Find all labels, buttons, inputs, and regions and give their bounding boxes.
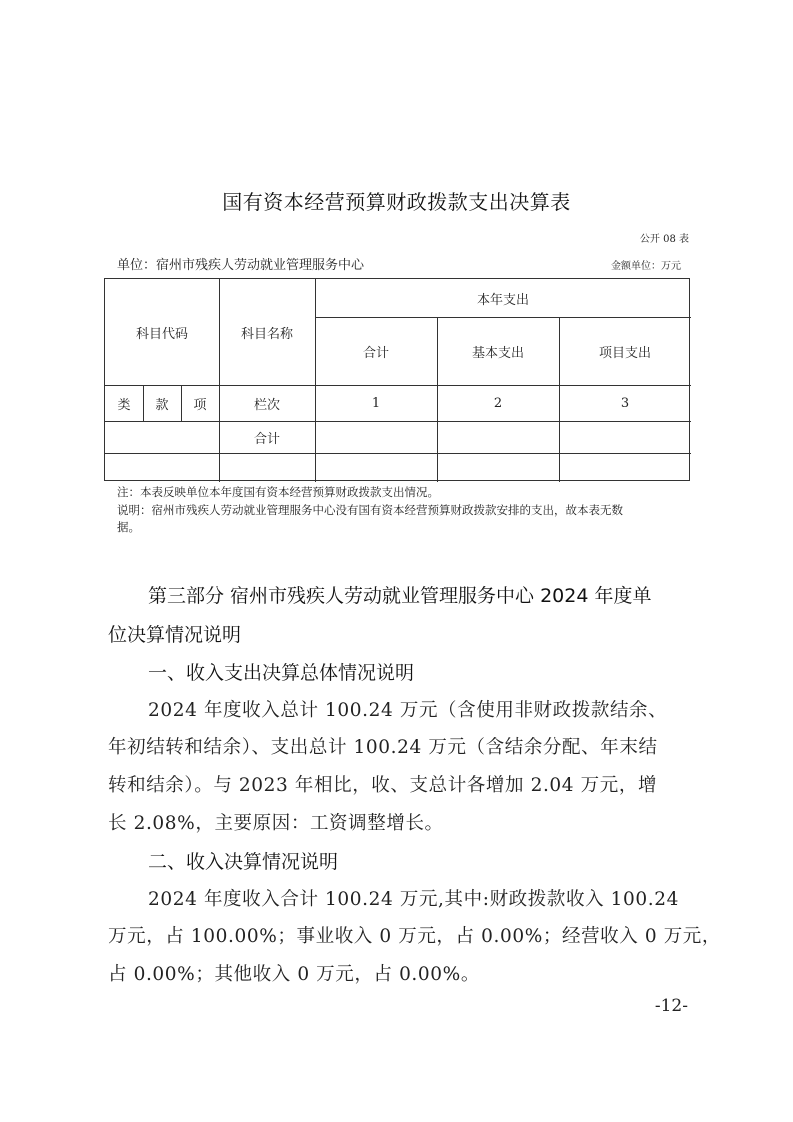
section1-heading: 一、收入支出决算总体情况说明	[148, 658, 414, 685]
header-total: 合计	[315, 317, 437, 385]
table-explanation-line1: 说明：宿州市残疾人劳动就业管理服务中心没有国有资本经营预算财政拨款安排的支出，故…	[117, 502, 623, 518]
table-row-total-sum	[315, 421, 437, 453]
expense-table: 科目代码 科目名称 本年支出 合计 基本支出 项目支出 类 款 项 栏次 1 2…	[104, 278, 690, 481]
subheader-item: 项	[181, 385, 219, 421]
table-row-total-name: 合计	[219, 421, 315, 453]
unit-label: 单位：宿州市残疾人劳动就业管理服务中心	[117, 254, 364, 273]
header-subject-code: 科目代码	[105, 279, 219, 385]
column-index-label: 栏次	[219, 385, 315, 421]
part3-heading-line2: 位决算情况说明	[108, 620, 241, 647]
header-current-year-expense: 本年支出	[315, 279, 691, 317]
part3-heading-line1: 第三部分 宿州市残疾人劳动就业管理服务中心 2024 年度单	[148, 581, 651, 608]
section2-heading: 二、收入决算情况说明	[148, 847, 338, 874]
column-number-1: 1	[315, 385, 437, 421]
header-subject-name: 科目名称	[219, 279, 315, 385]
section2-line1: 2024 年度收入合计 100.24 万元,其中:财政拨款收入 100.24	[148, 885, 679, 911]
form-code: 公开 08 表	[640, 230, 689, 245]
column-number-3: 3	[559, 385, 691, 421]
section2-line3: 占 0.00%；其他收入 0 万元，占 0.00%。	[108, 960, 480, 986]
section1-line1: 2024 年度收入总计 100.24 万元（含使用非财政拨款结余、	[148, 696, 667, 722]
table-row-empty-name	[219, 453, 315, 481]
table-row-total-code	[105, 421, 219, 453]
table-row-total-basic	[437, 421, 559, 453]
column-number-2: 2	[437, 385, 559, 421]
subheader-category: 类	[105, 385, 143, 421]
subheader-section: 款	[143, 385, 181, 421]
amount-unit: 金额单位：万元	[611, 257, 681, 272]
table-row-empty-project	[559, 453, 691, 481]
section2-line2: 万元，占 100.00%；事业收入 0 万元，占 0.00%；经营收入 0 万元…	[108, 922, 721, 948]
section1-line2: 年初结转和结余）、支出总计 100.24 万元（含结余分配、年末结	[108, 733, 658, 759]
table-row-total-project	[559, 421, 691, 453]
header-basic-expense: 基本支出	[437, 317, 559, 385]
table-row-empty-sum	[315, 453, 437, 481]
document-title: 国有资本经营预算财政拨款支出决算表	[0, 186, 793, 215]
section1-line3: 转和结余）。与 2023 年相比，收、支总计各增加 2.04 万元，增	[108, 771, 657, 797]
table-explanation-line2: 据。	[117, 519, 140, 535]
section1-line4: 长 2.08%，主要原因：工资调整增长。	[108, 809, 444, 835]
table-row-empty-basic	[437, 453, 559, 481]
table-row-empty-code	[105, 453, 219, 481]
table-note: 注：本表反映单位本年度国有资本经营预算财政拨款支出情况。	[117, 484, 439, 500]
page-number: -12-	[655, 996, 688, 1016]
header-project-expense: 项目支出	[559, 317, 691, 385]
